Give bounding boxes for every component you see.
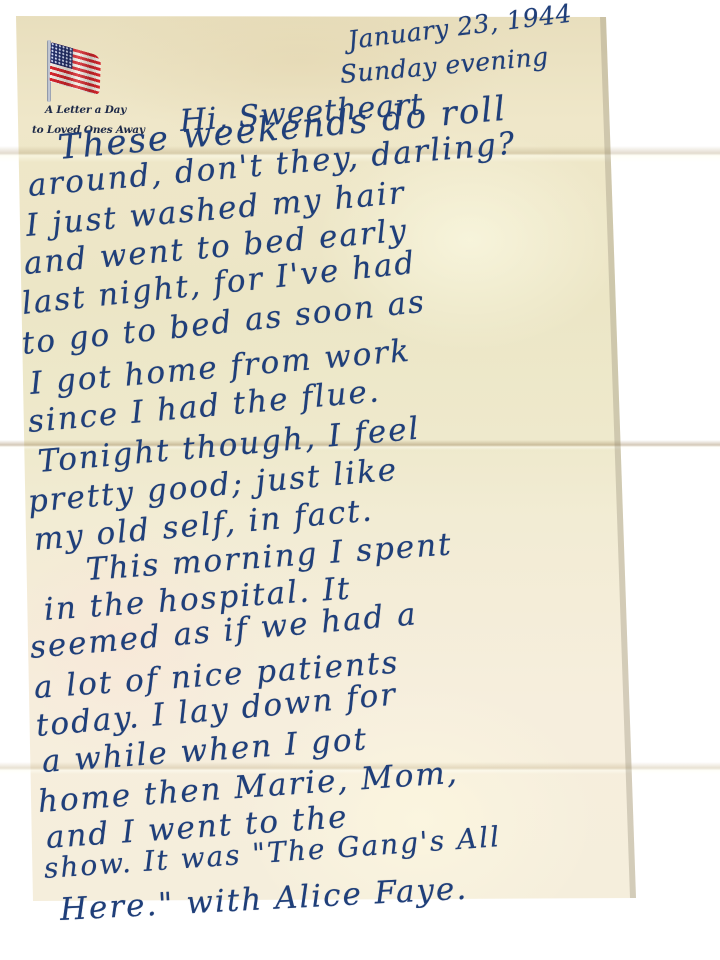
american-flag-icon: [50, 42, 101, 96]
letterhead-slogan-line-1: A Letter a Day: [45, 104, 126, 116]
